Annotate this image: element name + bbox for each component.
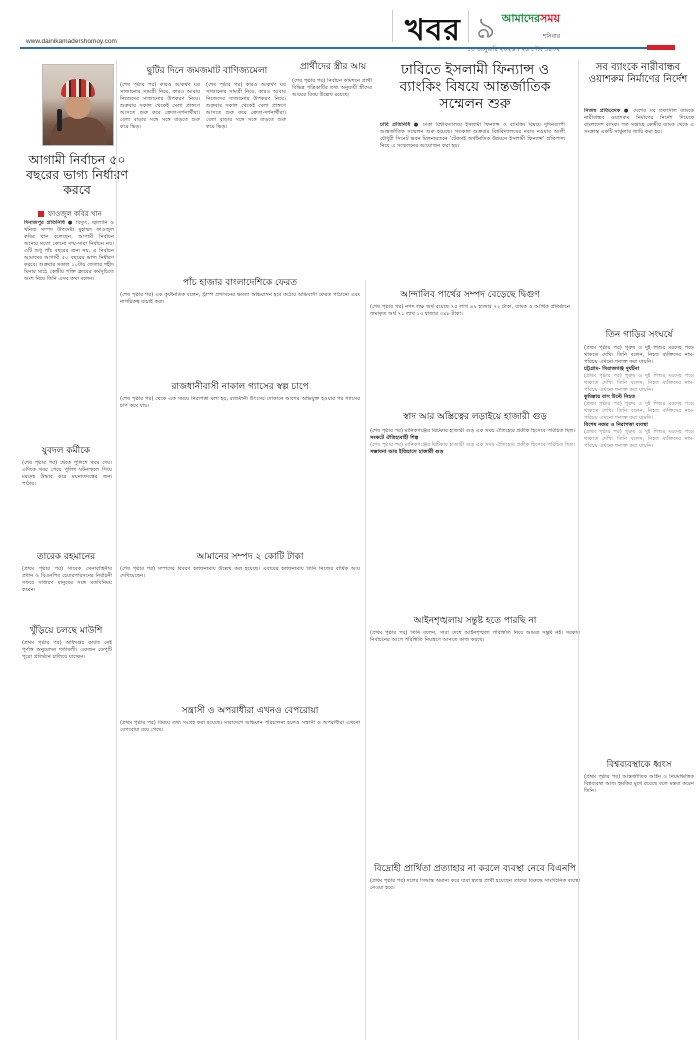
islamic-finance-body: ঢাবি প্রতিনিধি ● ঢাকা বিশ্ববিদ্যালয়ে ইস… xyxy=(380,122,565,257)
law-order-body: (প্রথম পৃষ্ঠার পর) তিনি বলেন, সারা দেশে … xyxy=(370,630,580,830)
terrorists-body: (প্রথম পৃষ্ঠার পর) বিষয়ে তথ্য সংগ্রহ কর… xyxy=(120,720,360,1040)
terrorists-headline[interactable]: সন্ত্রাসী ও অপরাধীরা এখনও বেপরোয়া xyxy=(140,706,360,717)
byline: ফাওজুল কবির খান xyxy=(38,208,102,220)
holiday-fair-headline[interactable]: ছুটির দিনে জমজমাট বাণিজ্যমেলা xyxy=(122,66,292,77)
divider xyxy=(392,10,393,42)
deported-headline[interactable]: পাঁচ হাজার বাংলাদেশিকে ফেরত xyxy=(120,278,360,289)
column-divider xyxy=(365,280,366,1040)
byline-marker-icon xyxy=(38,211,44,217)
divider xyxy=(468,10,469,42)
andalib-body: (শেষ পৃষ্ঠার পর) নগদ লক্ষ অর্থ রয়েছে ৭৫… xyxy=(370,304,570,384)
section-title: খবর xyxy=(405,6,461,57)
jubodal-headline[interactable]: যুবদল কর্মীকে xyxy=(20,446,112,457)
tarique-headline[interactable]: তারেক রহমানের xyxy=(20,552,112,563)
mausi-body: (প্রথম পৃষ্ঠার পর) অধিদপ্তর কার্যত নেই প… xyxy=(22,640,112,1040)
gas-body: (শেষ পৃষ্ঠার পর) থেকে এক সময়ে নিরাপত্তা… xyxy=(120,396,360,546)
world-order-headline[interactable]: বিশ্বব্যবস্থাকে ধ্বংস xyxy=(584,760,694,771)
header-rule-accent xyxy=(647,45,675,50)
column-divider xyxy=(116,60,117,1040)
wife-income-headline[interactable]: প্রার্থীদের স্ত্রীর আয় xyxy=(292,62,374,73)
header-rule xyxy=(20,47,647,49)
aman-wealth-headline[interactable]: আমানের সম্পদ ২ কোটি টাকা xyxy=(140,552,360,563)
masthead: www.dainikamadershomoy.com আমাদেরসময় শন… xyxy=(0,0,700,50)
world-order-body: (প্রথম পৃষ্ঠার পর) আন্তর্জাতিক আইন ও নিয… xyxy=(584,774,694,1044)
site-url[interactable]: www.dainikamadershomoy.com xyxy=(26,38,117,45)
aman-wealth-body: (শেষ পৃষ্ঠার পর) সম্পদের বিবরণ হলফনামায়… xyxy=(120,566,360,696)
speaker-photo xyxy=(42,64,114,146)
tarique-body: (প্রথম পৃষ্ঠার পর) সাবেক সেনাবাহিনীর প্র… xyxy=(22,566,112,626)
bnp-rebels-headline[interactable]: বিদ্রোহী প্রার্থিতা প্রত্যাহার না করলে ব… xyxy=(370,864,580,875)
gas-headline[interactable]: রাজধানীবাসী নাকাল গ্যাসের স্বল্প চাপে xyxy=(140,382,340,393)
holiday-fair-body-col1: (শেষ পৃষ্ঠার পর) কারও আকর্ষণ ঘর সাজানোর … xyxy=(120,82,200,262)
law-order-headline[interactable]: আইনশৃঙ্খলায় সন্তুষ্ট হতে পারছি না xyxy=(380,616,570,627)
hajari-gur-body: (শেষ পৃষ্ঠার পর) মানিকগঞ্জের ঝিটকার হাজা… xyxy=(370,428,580,578)
washroom-body: নিজস্ব প্রতিবেদক ● দেশের সব তফসিলি ব্যাং… xyxy=(584,108,694,308)
hajari-gur-headline[interactable]: স্বাদ আর অস্তিত্বের লড়াইয়ে হাজারী গুড় xyxy=(380,412,570,423)
microphone-icon xyxy=(57,109,62,131)
jubodal-body: (শেষ পৃষ্ঠার পর) থেকে পুলিশে খবর দেয়। এ… xyxy=(22,460,112,548)
lead-story-body: দিনাজপুর প্রতিনিধি ● বিদ্যুৎ, জ্বালানি ও… xyxy=(24,220,114,445)
washroom-headline[interactable]: সব ব্যাংকে নারীবান্ধব ওয়াশরুম নির্মাণের… xyxy=(582,62,694,86)
islamic-finance-headline[interactable]: ঢাবিতে ইসলামী ফিন্যান্স ও ব্যাংকিং বিষয়… xyxy=(380,62,570,112)
three-vehicles-headline[interactable]: তিন গাড়ির সংঘর্ষে xyxy=(584,330,694,341)
wife-income-body: (শেষ পৃষ্ঠার পর) নির্বাচন কমিশনে প্রার্থ… xyxy=(292,78,372,258)
holiday-fair-body-col2: (শেষ পৃষ্ঠার পর) কারও আকর্ষণ ঘর সাজানোর … xyxy=(206,82,286,262)
mausi-headline[interactable]: খুঁড়িয়ে চলছে মাউশি xyxy=(20,626,112,637)
three-vehicles-body: (প্রথম পৃষ্ঠার পর) পুরুষ ও দুই শিশুর মরদ… xyxy=(584,345,694,725)
bnp-rebels-body: (প্রথম পৃষ্ঠার পর) দলের সিদ্ধান্ত অমান্য… xyxy=(370,878,580,1043)
deported-body: (শেষ পৃষ্ঠার পর) এক কূটনৈতিক বলেন, ট্রাম… xyxy=(120,292,360,382)
andalib-headline[interactable]: আন্দালিব পার্থের সম্পদ বেড়েছে দ্বিগুণ xyxy=(370,290,570,301)
column-divider xyxy=(578,60,579,1040)
